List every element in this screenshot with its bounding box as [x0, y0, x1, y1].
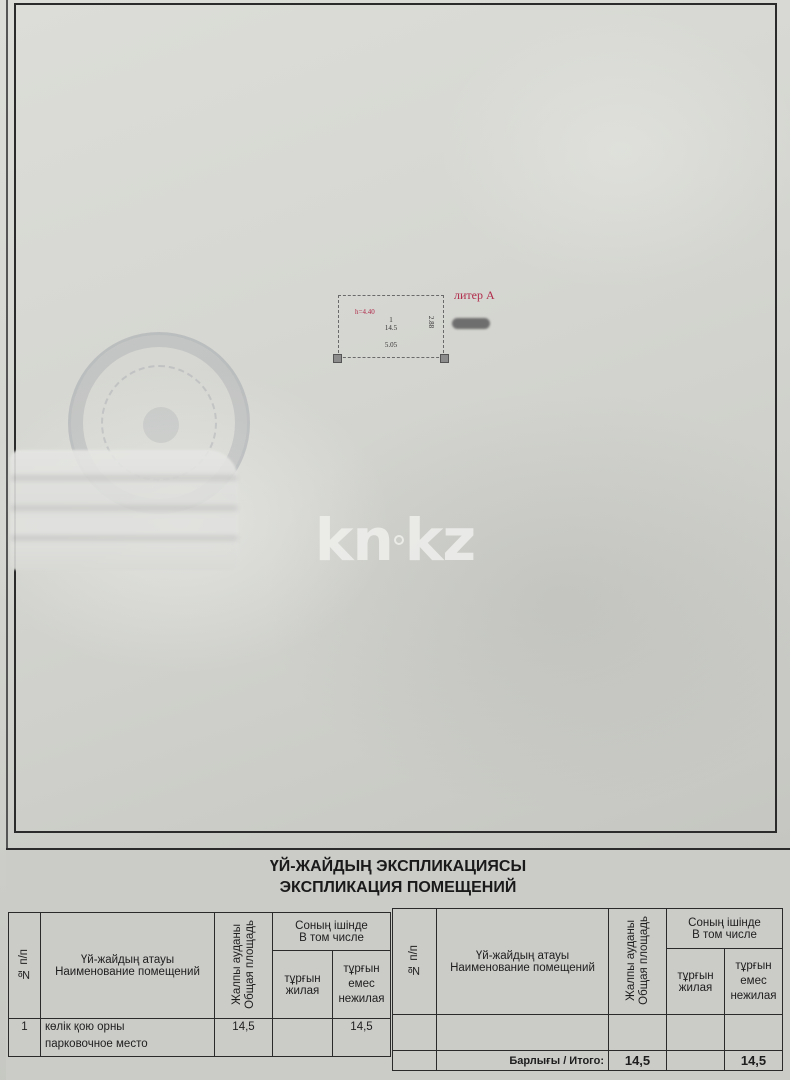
- explication-table-right: № п/п Үй-жайдың атауы Наименование помещ…: [392, 908, 783, 1071]
- floor-plan-room: h=4.40 1 14.5 5.05 2.88: [338, 295, 444, 358]
- watermark-logo: knkz: [300, 500, 490, 580]
- explication-title: ҮЙ-ЖАЙДЫҢ ЭКСПЛИКАЦИЯСЫ ЭКСПЛИКАЦИЯ ПОМЕ…: [6, 856, 790, 898]
- explication-table-left: № п/п Үй-жайдың атауы Наименование помещ…: [8, 912, 391, 1057]
- plan-width-dimension: 5.05: [339, 341, 443, 349]
- house-dot-icon: [394, 535, 404, 545]
- table-row-empty: [393, 1015, 783, 1051]
- watermark-text-left: kn: [315, 506, 393, 574]
- totals-total-area: 14,5: [609, 1051, 667, 1071]
- plan-column-marker: [333, 354, 342, 363]
- totals-row: Барлығы / Итого: 14,5 14,5: [393, 1051, 783, 1071]
- row-name: көлік қою орны парковочное место: [41, 1019, 215, 1057]
- title-ru: ЭКСПЛИКАЦИЯ ПОМЕЩЕНИЙ: [6, 877, 790, 898]
- totals-label: Барлығы / Итого:: [437, 1051, 609, 1071]
- title-kz: ҮЙ-ЖАЙДЫҢ ЭКСПЛИКАЦИЯСЫ: [6, 856, 790, 877]
- watermark-text-right: kz: [405, 506, 475, 574]
- row-living-area: [273, 1019, 333, 1057]
- cloth-fold: [10, 475, 238, 481]
- cloth-fold: [10, 505, 238, 511]
- plan-litera-label: литер А: [454, 288, 495, 303]
- header-including: Соның ішінде В том числе: [273, 913, 391, 951]
- plan-height-label: h=4.40: [355, 308, 375, 316]
- row-nonliving-area: 14,5: [333, 1019, 391, 1057]
- header-num: № п/п: [393, 909, 437, 1015]
- table-row: 1 көлік қою орны парковочное место 14,5 …: [9, 1019, 391, 1057]
- header-num: № п/п: [9, 913, 41, 1019]
- redaction-mark: [452, 318, 490, 329]
- explication-section: ҮЙ-ЖАЙДЫҢ ЭКСПЛИКАЦИЯСЫ ЭКСПЛИКАЦИЯ ПОМЕ…: [6, 848, 790, 1080]
- header-nonliving: тұрғын емес нежилая: [333, 951, 391, 1019]
- header-name: Үй-жайдың атауы Наименование помещений: [437, 909, 609, 1015]
- totals-nonliving-area: 14,5: [725, 1051, 783, 1071]
- header-living: тұрғын жилая: [667, 949, 725, 1015]
- cloth-occlusion: [10, 450, 238, 570]
- plan-depth-dimension: 2.88: [427, 316, 435, 328]
- header-area: Жалпы ауданыОбщая площадь: [215, 913, 273, 1019]
- totals-living-area: [667, 1051, 725, 1071]
- header-including: Соның ішінде В том числе: [667, 909, 783, 949]
- header-area: Жалпы ауданыОбщая площадь: [609, 909, 667, 1015]
- header-living: тұрғын жилая: [273, 951, 333, 1019]
- seal-emblem-icon: [143, 407, 179, 443]
- header-name: Үй-жайдың атауы Наименование помещений: [41, 913, 215, 1019]
- row-total-area: 14,5: [215, 1019, 273, 1057]
- header-nonliving: тұрғын емес нежилая: [725, 949, 783, 1015]
- row-num: 1: [9, 1019, 41, 1057]
- cloth-fold: [10, 535, 238, 541]
- plan-column-marker: [440, 354, 449, 363]
